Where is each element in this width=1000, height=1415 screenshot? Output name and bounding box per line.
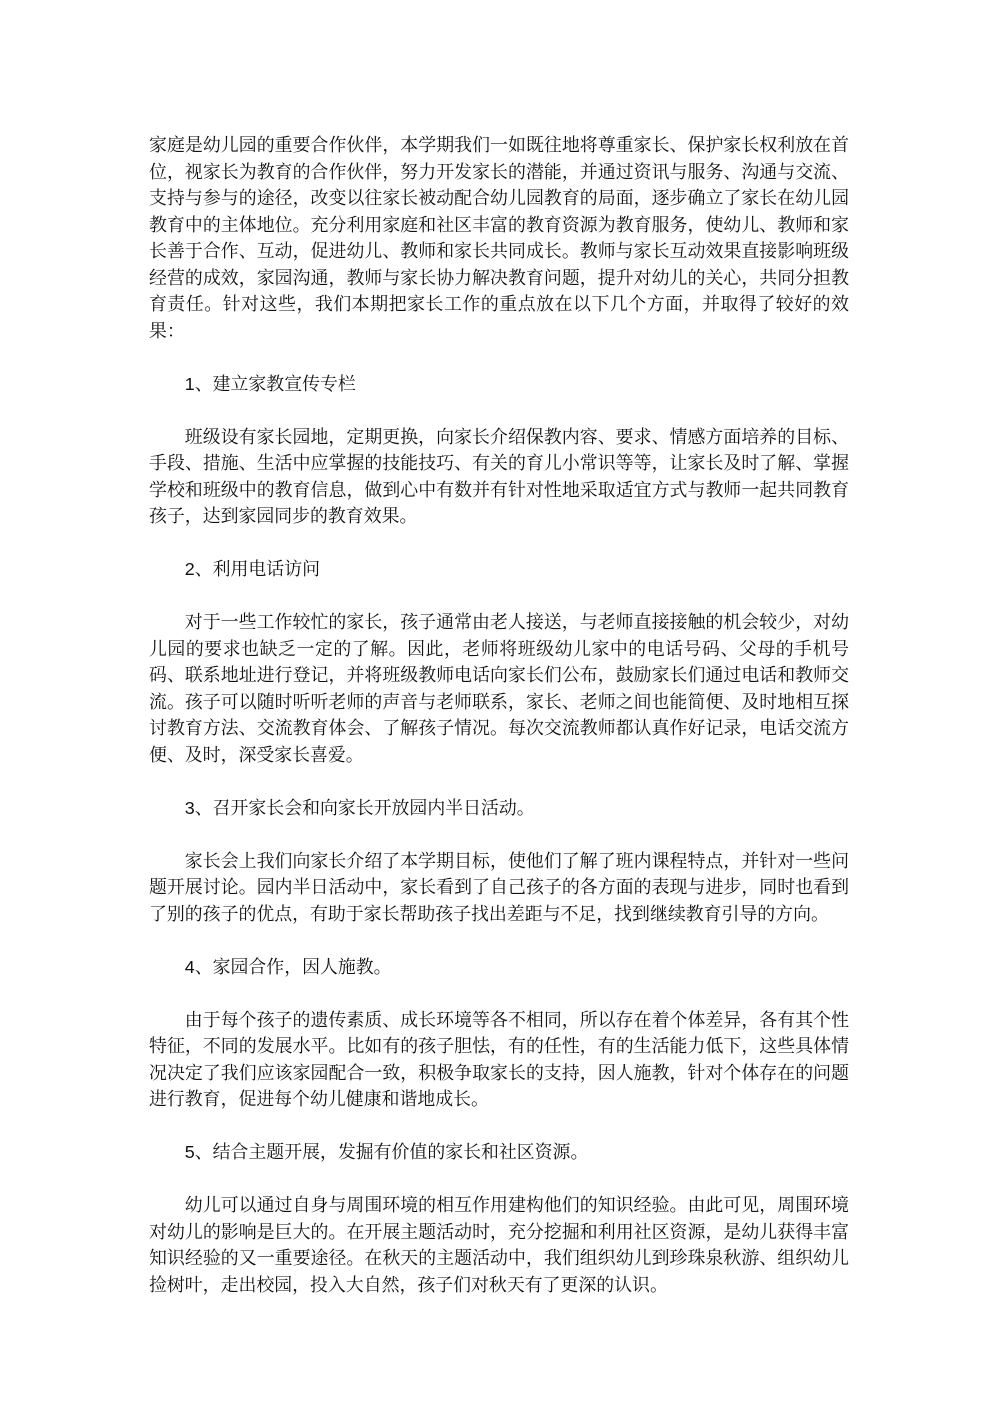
paragraph: 幼儿可以通过自身与周围环境的相互作用建构他们的知识经验。由此可见，周围环境对幼儿… (149, 1192, 849, 1298)
paragraph: 由于每个孩子的遗传素质、成长环境等各不相同，所以存在着个体差异，各有其个性特征，… (149, 1007, 849, 1113)
paragraph: 班级设有家长园地，定期更换，向家长介绍保教内容、要求、情感方面培养的目标、手段、… (149, 424, 849, 530)
paragraph: 对于一些工作较忙的家长，孩子通常由老人接送，与老师直接接触的机会较少，对幼儿园的… (149, 609, 849, 768)
section-heading: 5、结合主题开展，发掘有价值的家长和社区资源。 (149, 1139, 849, 1166)
document-page: 家庭是幼儿园的重要合作伙伴，本学期我们一如既往地将尊重家长、保护家长权利放在首位… (0, 0, 1000, 1415)
section-heading: 1、建立家教宣传专栏 (149, 371, 849, 398)
section-heading: 3、召开家长会和向家长开放园内半日活动。 (149, 795, 849, 822)
section-heading: 2、利用电话访问 (149, 556, 849, 583)
section-heading: 4、家园合作，因人施教。 (149, 954, 849, 981)
document-text-block: 家庭是幼儿园的重要合作伙伴，本学期我们一如既往地将尊重家长、保护家长权利放在首位… (149, 132, 849, 1298)
paragraph: 家长会上我们向家长介绍了本学期目标，使他们了解了班内课程特点，并针对一些问题开展… (149, 848, 849, 928)
paragraph: 家庭是幼儿园的重要合作伙伴，本学期我们一如既往地将尊重家长、保护家长权利放在首位… (149, 132, 849, 344)
